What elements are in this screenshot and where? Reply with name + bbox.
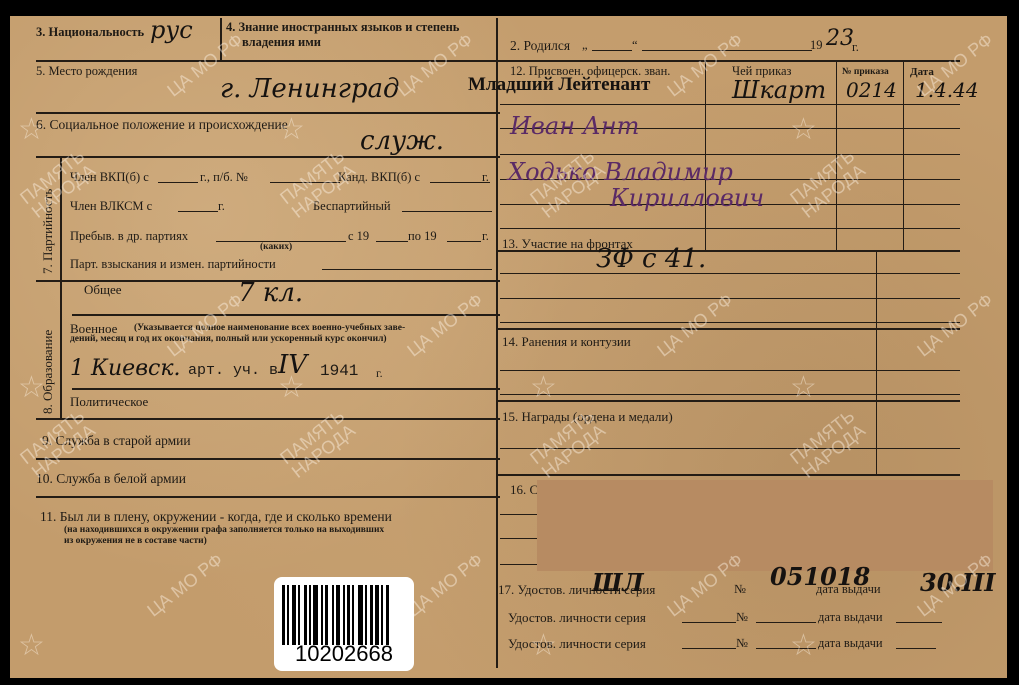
from-year-label: с 19 (348, 229, 369, 244)
watermark-text: ПАМЯТЬ (786, 406, 858, 468)
birth-year-value: 23 (826, 26, 854, 51)
order-date-column: Дата (910, 66, 934, 78)
blank-line (158, 182, 198, 183)
pamyat-watermark: ПАМЯТЬНАРОДА (787, 406, 869, 481)
nationality-label: 3. Национальность (36, 25, 144, 40)
barcode-label: 10202668 (274, 577, 414, 671)
general-education-value: 7 кл. (238, 278, 303, 308)
column-divider (496, 18, 498, 668)
order-number-column: № приказа (842, 67, 889, 78)
divider (220, 18, 222, 60)
divider (903, 62, 904, 252)
birth-date-label: 2. Родился (510, 38, 570, 54)
blank-line (270, 182, 340, 183)
ink-annotation-patronymic: Кириллович (610, 184, 764, 212)
camo-watermark: ЦА МО РФ (404, 550, 486, 619)
divider (36, 60, 500, 62)
blank-line (642, 50, 812, 51)
divider (36, 112, 500, 114)
watermark-text: НАРОДА (798, 160, 869, 222)
blank-line (402, 211, 492, 212)
divider (876, 252, 877, 474)
birthplace-value: г. Ленинград (220, 74, 400, 104)
blank-line (896, 648, 936, 649)
row-line (500, 538, 540, 539)
year-suffix: г. (482, 229, 489, 244)
divider (36, 496, 500, 498)
row-line (500, 394, 960, 395)
watermark-text: НАРОДА (798, 420, 869, 482)
field-16-label: 16. С (510, 482, 538, 498)
quote: “ (632, 38, 638, 53)
blank-line (756, 622, 816, 623)
birthplace-label: 5. Место рождения (36, 64, 137, 79)
quote: „ (582, 38, 588, 53)
order-date-value: 1.4.44 (915, 78, 979, 102)
education-section-label: 8. Образование (40, 330, 56, 414)
year-suffix: г. (482, 170, 489, 185)
watermark-text: НАРОДА (538, 420, 609, 482)
year-suffix: г. (376, 366, 383, 381)
divider (498, 328, 960, 330)
social-status-label: 6. Социальное положение и происхождение (36, 117, 288, 133)
camo-watermark: ЦА МО РФ (914, 290, 996, 359)
languages-label-2: владения ими (242, 35, 321, 50)
camo-watermark: ЦА МО РФ (404, 290, 486, 359)
year-suffix: г. (852, 40, 859, 55)
camo-watermark: ЦА МО РФ (654, 290, 736, 359)
ink-annotation-1: Иван Ант (510, 112, 639, 140)
wounds-label: 14. Ранения и контузии (502, 334, 631, 350)
blank-line (322, 269, 492, 270)
military-grad-year: 1941 (320, 362, 358, 380)
blank-line (756, 648, 816, 649)
military-education-hint-2: дений, месяц и год их окончания, полный … (70, 334, 387, 345)
vlksm-member-label: Член ВЛКСМ с (70, 199, 152, 214)
military-grad-month: IV (278, 350, 307, 380)
barcode-icon (282, 585, 406, 645)
star-icon: ☆ (790, 628, 817, 663)
id-number-label: № (734, 582, 746, 597)
watermark-text: НАРОДА (288, 420, 359, 482)
blank-line (682, 648, 736, 649)
divider (36, 418, 500, 420)
id-date-value: 30.III (920, 568, 995, 597)
divider (36, 458, 500, 460)
id-number-label-2: № (736, 610, 748, 625)
row-line (500, 322, 960, 323)
divider (498, 474, 960, 476)
table-row-line (500, 228, 960, 229)
fronts-value: ЗФ с 41. (596, 244, 706, 274)
blank-line (178, 211, 218, 212)
blank-line (896, 622, 942, 623)
general-education-label: Общее (84, 282, 122, 298)
camo-watermark: ЦА МО РФ (144, 550, 226, 619)
divider (498, 400, 960, 402)
id-series-label-2: Удостов. личности серия (508, 610, 646, 626)
vkpb-candidate-label: Канд. ВКП(б) с (338, 170, 420, 185)
id-number-value: 051018 (770, 562, 870, 591)
watermark-text: ПАМЯТЬ (786, 146, 858, 208)
party-section-label: 7. Партийность (40, 189, 56, 274)
divider (60, 282, 62, 418)
party-card-label: г., п/б. № (200, 170, 248, 185)
military-school-typed: арт. уч. в (188, 362, 278, 379)
camo-watermark: ЦА МО РФ (394, 30, 476, 99)
row-line (500, 298, 960, 299)
political-education-label: Политическое (70, 394, 148, 410)
order-number-value: 0214 (846, 78, 897, 102)
blank-line (592, 50, 632, 51)
military-school-handwritten: 1 Киевск. (70, 356, 180, 381)
military-education-hint: (Указывается полное наименование всех во… (134, 323, 405, 334)
divider (36, 156, 500, 158)
year-prefix: 19 (810, 38, 823, 53)
divider (60, 158, 62, 282)
white-army-service-label: 10. Служба в белой армии (36, 471, 186, 487)
divider (705, 62, 706, 252)
divider (72, 314, 500, 316)
pamyat-watermark: ПАМЯТЬНАРОДА (787, 146, 869, 221)
captivity-label: 11. Был ли в плену, окружении - когда, г… (40, 509, 392, 525)
year-suffix: г. (218, 199, 225, 214)
captivity-hint-2: из окружения не в составе части) (64, 536, 207, 547)
divider (836, 62, 837, 252)
blank-line (430, 182, 490, 183)
old-army-service-label: 9. Служба в старой армии (42, 433, 191, 449)
order-issuer-value: Шкарт (732, 76, 826, 104)
blank-line (376, 241, 408, 242)
to-year-label: по 19 (408, 229, 437, 244)
id-number-label-3: № (736, 636, 748, 651)
row-line (500, 448, 960, 449)
blank-line (447, 241, 481, 242)
id-date-label-2: дата выдачи (818, 610, 883, 625)
party-penalties-label: Парт. взыскания и измен. партийности (70, 257, 276, 272)
id-date-label-3: дата выдачи (818, 636, 883, 651)
row-line (500, 273, 960, 274)
divider (498, 60, 960, 62)
table-row-line (500, 104, 960, 105)
languages-label: 4. Знание иностранных языков и степень (226, 20, 459, 35)
barcode-number: 10202668 (274, 641, 414, 667)
divider (72, 388, 500, 390)
redacted-block (537, 480, 993, 571)
table-row-line (500, 154, 960, 155)
star-icon: ☆ (790, 112, 817, 147)
star-icon: ☆ (18, 628, 45, 663)
non-party-label: Беспартийный (313, 199, 391, 214)
other-parties-label: Пребыв. в др. партиях (70, 229, 188, 244)
ink-annotation-name: Ходько Владимир (508, 158, 733, 186)
vkpb-member-label: Член ВКП(б) с (70, 170, 149, 185)
captivity-hint: (на находившихся в окружении графа запол… (64, 525, 384, 536)
social-status-value: служ. (360, 126, 444, 156)
blank-line (682, 622, 736, 623)
id-series-value: ШЛ (592, 568, 644, 597)
row-line (500, 370, 960, 371)
row-line (500, 514, 540, 515)
nationality-value: рус (150, 16, 193, 44)
which-parties-hint: (каких) (260, 242, 292, 253)
awards-label: 15. Награды (ордена и медали) (502, 409, 673, 425)
id-series-label-3: Удостов. личности серия (508, 636, 646, 652)
row-line (500, 564, 540, 565)
personnel-record-card: 3. Национальность рус 4. Знание иностран… (10, 16, 1007, 678)
officer-rank-value: Младший Лейтенант (468, 74, 650, 96)
